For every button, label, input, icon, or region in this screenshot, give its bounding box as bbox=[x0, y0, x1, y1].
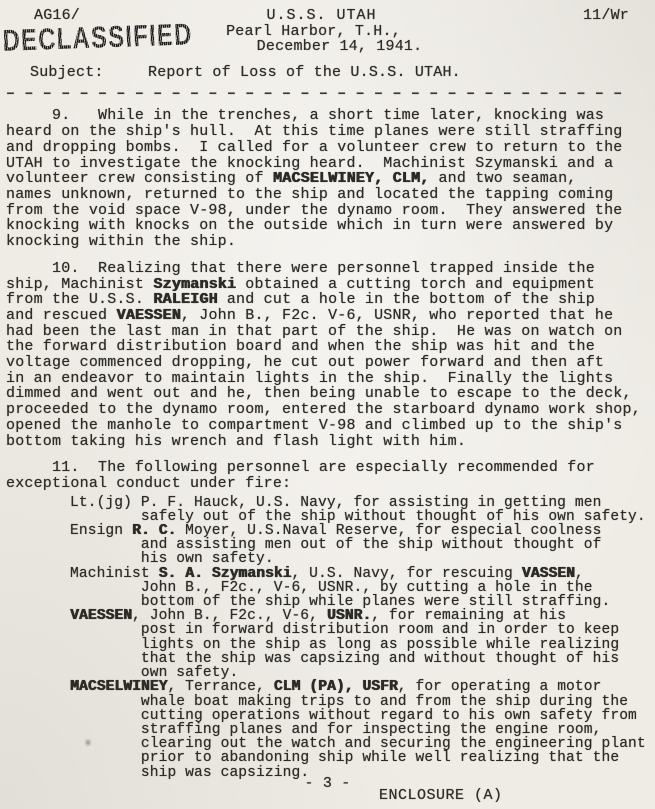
document-page: AG16/ U.S.S. UTAH 11/Wr Pearl Harbor, T.… bbox=[0, 0, 655, 804]
document-header: AG16/ U.S.S. UTAH 11/Wr Pearl Harbor, T.… bbox=[6, 8, 649, 55]
dashed-separator: – – – – – – – – – – – – – – – – – – – – … bbox=[6, 86, 649, 102]
paragraph-9: 9. While in the trenches, a short time l… bbox=[6, 108, 649, 249]
paragraph-11: 11. The following personnel are especial… bbox=[6, 460, 649, 491]
enclosure-label: ENCLOSURE (A) bbox=[379, 788, 649, 804]
scan-artifact bbox=[84, 738, 92, 747]
commendation-list: Lt.(jg) P. F. Hauck, U.S. Navy, for assi… bbox=[70, 496, 649, 780]
paragraph-10: 10. Realizing that there were personnel … bbox=[6, 261, 649, 449]
file-code: 11/Wr bbox=[583, 8, 629, 24]
subject-row: Subject: Report of Loss of the U.S.S. UT… bbox=[6, 65, 649, 81]
subject-text: Report of Loss of the U.S.S. UTAH. bbox=[148, 65, 461, 81]
subject-label: Subject: bbox=[30, 65, 104, 81]
declassified-stamp: DECLASSIFIED bbox=[2, 17, 193, 57]
